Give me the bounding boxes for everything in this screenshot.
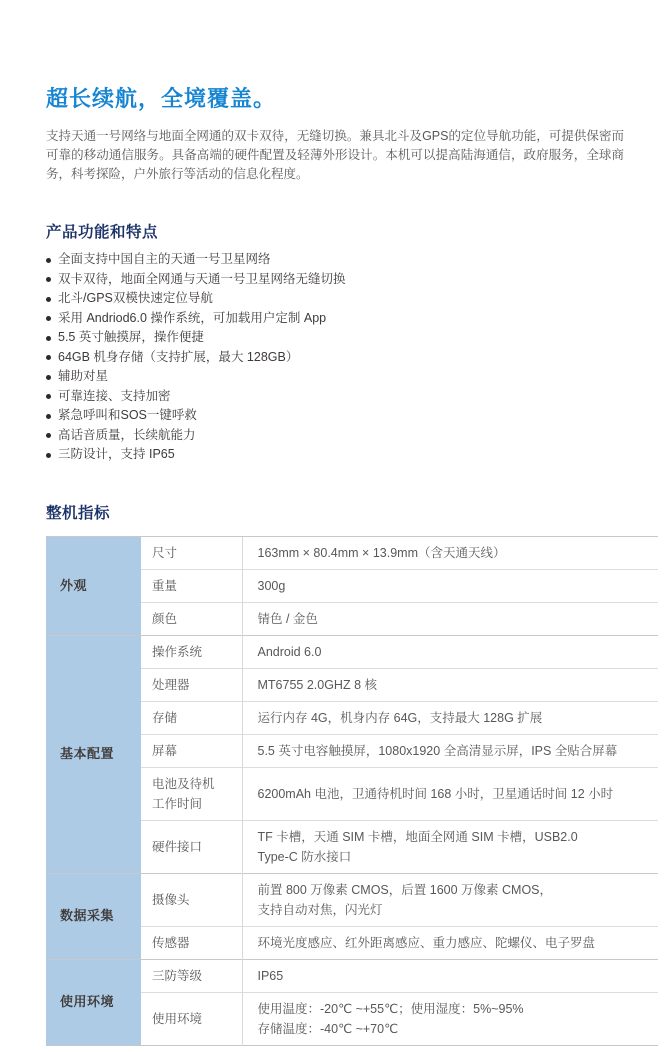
hero-title: 超长续航，全境覆盖。 [46, 86, 670, 112]
spec-table: 外观 尺寸 163mm × 80.4mm × 13.9mm（含天通天线） 重量 … [46, 536, 658, 1046]
feature-item: 北斗/GPS双模快速定位导航 [46, 289, 670, 309]
spec-value-cell: 锖色 / 金色 [242, 602, 658, 635]
feature-item: 辅助对星 [46, 367, 670, 387]
features-heading: 产品功能和特点 [46, 220, 670, 242]
feature-item: 5.5 英寸触摸屏，操作便捷 [46, 328, 670, 348]
table-row: 外观 尺寸 163mm × 80.4mm × 13.9mm（含天通天线） [46, 536, 658, 569]
feature-item: 高话音质量，长续航能力 [46, 426, 670, 446]
feature-item: 可靠连接、支持加密 [46, 387, 670, 407]
spec-value-cell: TF 卡槽，天通 SIM 卡槽，地面全网通 SIM 卡槽，USB2.0 Type… [242, 820, 658, 873]
spec-value-cell: 前置 800 万像素 CMOS，后置 1600 万像素 CMOS， 支持自动对焦… [242, 873, 658, 926]
spec-value-cell: IP65 [242, 959, 658, 992]
spec-label-cell: 摄像头 [141, 873, 242, 926]
spec-value-cell: 运行内存 4G，机身内存 64G，支持最大 128G 扩展 [242, 701, 658, 734]
feature-item: 三防设计，支持 IP65 [46, 445, 670, 465]
spec-label-cell: 使用环境 [141, 992, 242, 1045]
spec-label-cell: 处理器 [141, 668, 242, 701]
spec-value-cell: Android 6.0 [242, 635, 658, 668]
spec-label-cell: 尺寸 [141, 536, 242, 569]
spec-group-cell: 外观 [46, 536, 141, 635]
spec-label-cell: 存储 [141, 701, 242, 734]
feature-item: 全面支持中国自主的天通一号卫星网络 [46, 250, 670, 270]
feature-item: 双卡双待，地面全网通与天通一号卫星网络无缝切换 [46, 270, 670, 290]
spec-label-cell: 屏幕 [141, 734, 242, 767]
table-row: 基本配置 操作系统 Android 6.0 [46, 635, 658, 668]
spec-value-cell: 6200mAh 电池，卫通待机时间 168 小时，卫星通话时间 12 小时 [242, 767, 658, 820]
table-row: 使用环境 三防等级 IP65 [46, 959, 658, 992]
spec-value-cell: 使用温度：-20℃ ~+55℃；使用湿度：5%~95% 存储温度：-40℃ ~+… [242, 992, 658, 1045]
feature-item: 64GB 机身存储（支持扩展，最大 128GB） [46, 348, 670, 368]
spec-label-cell: 颜色 [141, 602, 242, 635]
table-row: 数据采集 摄像头 前置 800 万像素 CMOS，后置 1600 万像素 CMO… [46, 873, 658, 926]
spec-label-cell: 操作系统 [141, 635, 242, 668]
spec-value-cell: MT6755 2.0GHZ 8 核 [242, 668, 658, 701]
spec-group-cell: 基本配置 [46, 635, 141, 873]
spec-group-cell: 数据采集 [46, 873, 141, 959]
feature-item: 采用 Andriod6.0 操作系统，可加载用户定制 App [46, 309, 670, 329]
specs-heading: 整机指标 [46, 501, 670, 523]
spec-label-cell: 电池及待机 工作时间 [141, 767, 242, 820]
spec-page: 超长续航，全境覆盖。 支持天通一号网络与地面全网通的双卡双待，无缝切换。兼具北斗… [0, 0, 670, 1046]
spec-value-cell: 163mm × 80.4mm × 13.9mm（含天通天线） [242, 536, 658, 569]
spec-label-cell: 传感器 [141, 926, 242, 959]
feature-item: 紧急呼叫和SOS一键呼救 [46, 406, 670, 426]
features-list: 全面支持中国自主的天通一号卫星网络 双卡双待，地面全网通与天通一号卫星网络无缝切… [46, 250, 670, 465]
spec-group-cell: 使用环境 [46, 959, 141, 1045]
intro-paragraph: 支持天通一号网络与地面全网通的双卡双待，无缝切换。兼具北斗及GPS的定位导航功能… [46, 127, 624, 184]
spec-value-cell: 5.5 英寸电容触摸屏，1080x1920 全高清显示屏，IPS 全贴合屏幕 [242, 734, 658, 767]
spec-value-cell: 300g [242, 569, 658, 602]
spec-label-cell: 三防等级 [141, 959, 242, 992]
spec-label-cell: 硬件接口 [141, 820, 242, 873]
spec-label-cell: 重量 [141, 569, 242, 602]
spec-value-cell: 环境光度感应、红外距离感应、重力感应、陀螺仪、电子罗盘 [242, 926, 658, 959]
